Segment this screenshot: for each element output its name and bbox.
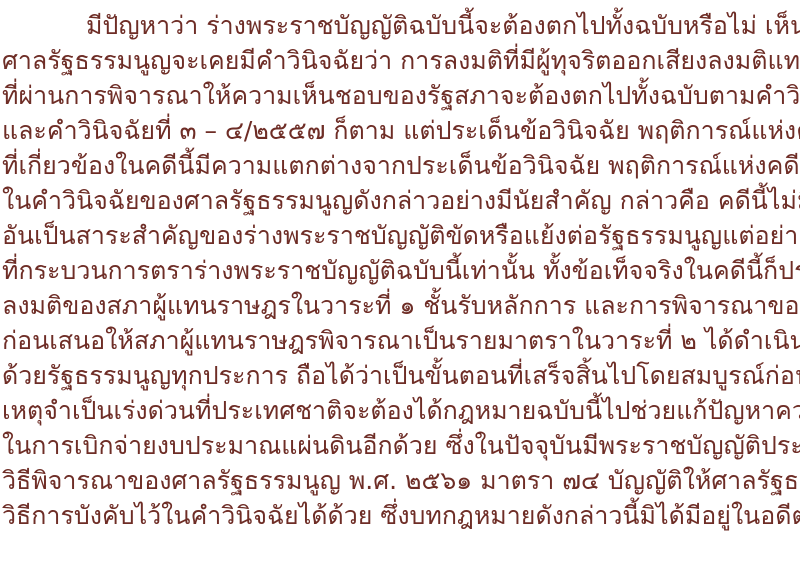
text-line: ที่เกี่ยวข้องในคดีนี้มีความแตกต่างจากประ…	[2, 148, 797, 183]
text-line: เหตุจำเป็นเร่งด่วนที่ประเทศชาติจะต้องได้…	[2, 393, 797, 428]
paragraph: มีปัญหาว่า ร่างพระราชบัญญัติฉบับนี้จะต้อ…	[2, 8, 797, 533]
text-line: วิธีพิจารณาของศาลรัฐธรรมนูญ พ.ศ. ๒๕๖๑ มา…	[2, 463, 797, 498]
text-line: ด้วยรัฐธรรมนูญทุกประการ ถือได้ว่าเป็นขั้…	[2, 358, 797, 393]
text-line: ในคำวินิจฉัยของศาลรัฐธรรมนูญดังกล่าวอย่า…	[2, 183, 797, 218]
text-line: ที่ผ่านการพิจารณาให้ความเห็นชอบของรัฐสภา…	[2, 78, 797, 113]
document-page: มีปัญหาว่า ร่างพระราชบัญญัติฉบับนี้จะต้อ…	[0, 0, 800, 564]
text-line: วิธีการบังคับไว้ในคำวินิจฉัยได้ด้วย ซึ่ง…	[2, 498, 797, 533]
text-line: และคำวินิจฉัยที่ ๓ – ๔/๒๕๕๗ ก็ตาม แต่ประ…	[2, 113, 797, 148]
text-line: ศาลรัฐธรรมนูญจะเคยมีคำวินิจฉัยว่า การลงม…	[2, 43, 797, 78]
text-line: ในการเบิกจ่ายงบประมาณแผ่นดินอีกด้วย ซึ่ง…	[2, 428, 797, 463]
text-line: มีปัญหาว่า ร่างพระราชบัญญัติฉบับนี้จะต้อ…	[2, 8, 797, 43]
text-line: ก่อนเสนอให้สภาผู้แทนราษฎรพิจารณาเป็นรายม…	[2, 323, 797, 358]
text-line: อันเป็นสาระสำคัญของร่างพระราชบัญญัติขัดห…	[2, 218, 797, 253]
text-line: ลงมติของสภาผู้แทนราษฎรในวาระที่ ๑ ชั้นรั…	[2, 288, 797, 323]
text-line: ที่กระบวนการตราร่างพระราชบัญญัติฉบับนี้เ…	[2, 253, 797, 288]
